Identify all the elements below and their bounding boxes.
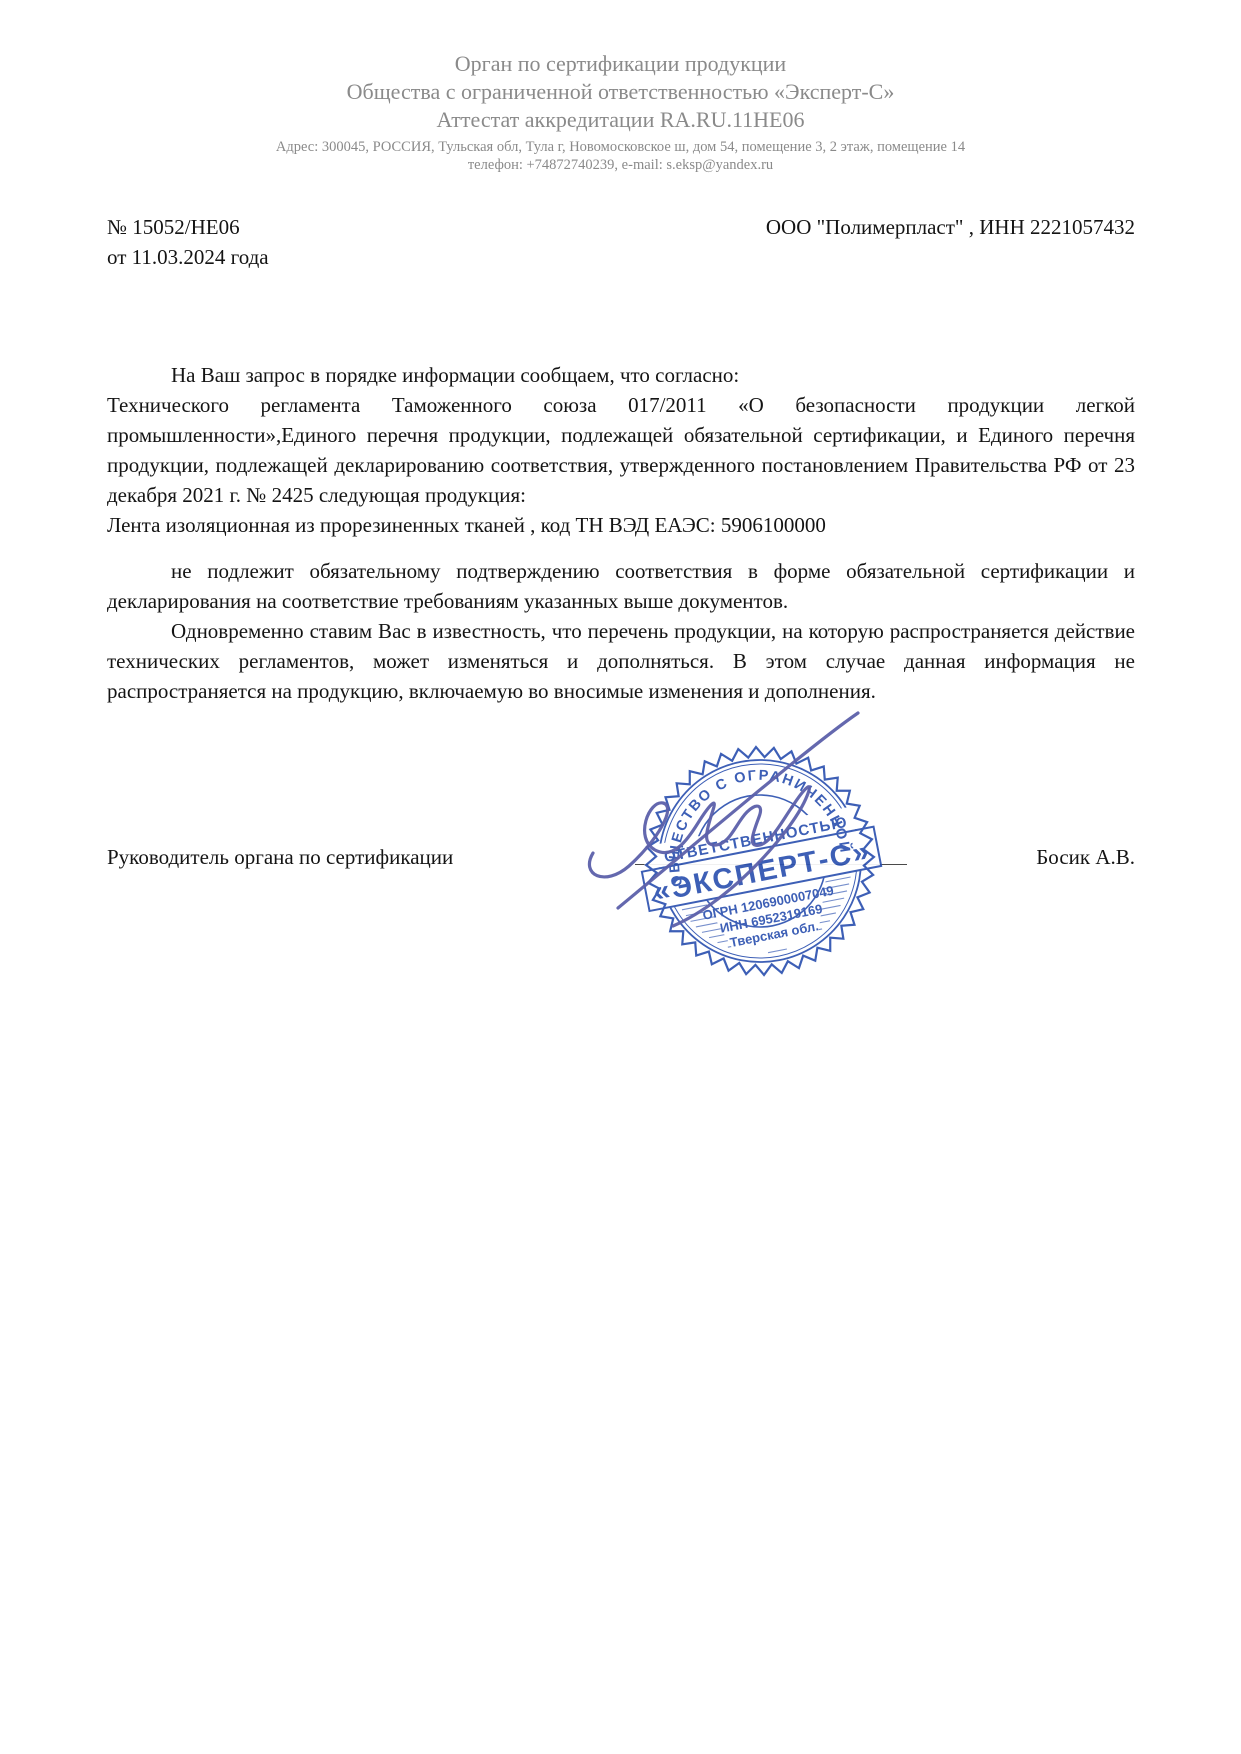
signature-line xyxy=(635,864,907,865)
paragraph-conclusion: не подлежит обязательному подтверждению … xyxy=(107,556,1135,616)
reference-row: № 15052/НЕ06 от 11.03.2024 года ООО "Пол… xyxy=(107,212,1135,272)
reference-left: № 15052/НЕ06 от 11.03.2024 года xyxy=(107,212,269,272)
letterhead-accreditation: Аттестат аккредитации RA.RU.11НЕ06 xyxy=(0,106,1241,134)
letter-date: от 11.03.2024 года xyxy=(107,242,269,272)
letterhead: Орган по сертификации продукции Общества… xyxy=(0,50,1241,174)
paragraph-product: Лента изоляционная из прорезиненных ткан… xyxy=(107,510,1135,540)
handwritten-signature xyxy=(589,713,858,926)
stamp-inn: ИНН 6952319169 xyxy=(719,901,824,936)
letterhead-org-type: Орган по сертификации продукции xyxy=(0,50,1241,78)
letterhead-contacts: телефон: +74872740239, e-mail: s.eksp@ya… xyxy=(0,156,1241,174)
paragraph-intro: На Ваш запрос в порядке информации сообщ… xyxy=(107,360,1135,390)
signatory-name: Босик А.В. xyxy=(1036,842,1135,872)
stamp-region: Тверская обл. xyxy=(729,918,820,950)
signature-row: Руководитель органа по сертификации Боси… xyxy=(107,842,1135,882)
stamp-ogrn: ОГРН 1206900007049 xyxy=(701,883,835,923)
signatory-title: Руководитель органа по сертификации xyxy=(107,842,453,872)
stamp-text-bowl xyxy=(704,877,837,958)
paragraph-regulations: Технического регламента Таможенного союз… xyxy=(107,390,1135,510)
recipient: ООО "Полимерпласт" , ИНН 2221057432 xyxy=(766,212,1135,242)
letter-number: № 15052/НЕ06 xyxy=(107,212,269,242)
letterhead-address: Адрес: 300045, РОССИЯ, Тульская обл, Тул… xyxy=(0,138,1241,156)
letter-body: На Ваш запрос в порядке информации сообщ… xyxy=(107,360,1135,706)
letterhead-org-name: Общества с ограниченной ответственностью… xyxy=(0,78,1241,106)
certification-letter-page: Орган по сертификации продукции Общества… xyxy=(0,0,1241,1754)
paragraph-notice: Одновременно ставим Вас в известность, ч… xyxy=(107,616,1135,706)
